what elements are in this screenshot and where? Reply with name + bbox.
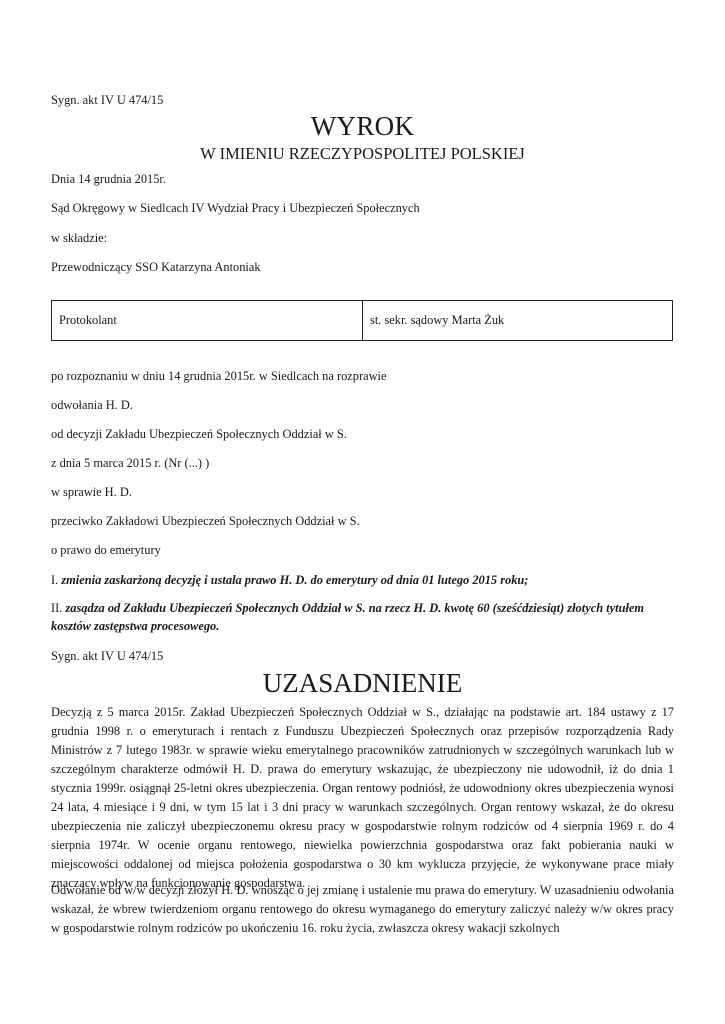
case-signature-2: Sygn. akt IV U 474/15 (51, 648, 163, 664)
document-title: WYROK (0, 110, 725, 142)
proceedings-line: o prawo do emerytury (51, 542, 161, 558)
panel-person-cell: st. sekr. sądowy Marta Żuk (363, 301, 672, 340)
proceedings-line: z dnia 5 marca 2015 r. (Nr (...) ) (51, 455, 209, 471)
proceedings-line: przeciwko Zakładowi Ubezpieczeń Społeczn… (51, 513, 360, 529)
ruling-item: I. zmienia zaskarżoną decyzję i ustala p… (51, 571, 676, 589)
proceedings-line: w sprawie H. D. (51, 484, 132, 500)
panel-role-cell: Protokolant (52, 301, 363, 340)
presiding-judge: Przewodniczący SSO Katarzyna Antoniak (51, 259, 261, 275)
ruling-text: zasądza od Zakładu Ubezpieczeń Społeczny… (51, 601, 644, 633)
panel-table: Protokolant st. sekr. sądowy Marta Żuk (51, 300, 673, 341)
proceedings-line: po rozpoznaniu w dniu 14 grudnia 2015r. … (51, 368, 386, 384)
document-page: Sygn. akt IV U 474/15 WYROK W IMIENIU RZ… (0, 0, 725, 1024)
justification-title: UZASADNIENIE (0, 666, 725, 700)
proceedings-line: odwołania H. D. (51, 397, 133, 413)
court-name: Sąd Okręgowy w Siedlcach IV Wydział Prac… (51, 200, 420, 216)
case-signature: Sygn. akt IV U 474/15 (51, 92, 163, 108)
ruling-text: zmienia zaskarżoną decyzję i ustala praw… (61, 573, 528, 587)
ruling-item: II. zasądza od Zakładu Ubezpieczeń Społe… (51, 599, 676, 635)
ruling-number: I. (51, 573, 58, 587)
document-subtitle: W IMIENIU RZECZYPOSPOLITEJ POLSKIEJ (0, 143, 725, 165)
justification-paragraph: Odwołanie od w/w decyzji złożył H. D. wn… (51, 881, 674, 938)
composition-label: w składzie: (51, 230, 107, 246)
proceedings-line: od decyzji Zakładu Ubezpieczeń Społeczny… (51, 426, 347, 442)
ruling-number: II. (51, 601, 62, 615)
date-line: Dnia 14 grudnia 2015r. (51, 171, 166, 187)
justification-paragraph: Decyzją z 5 marca 2015r. Zakład Ubezpiec… (51, 703, 674, 893)
